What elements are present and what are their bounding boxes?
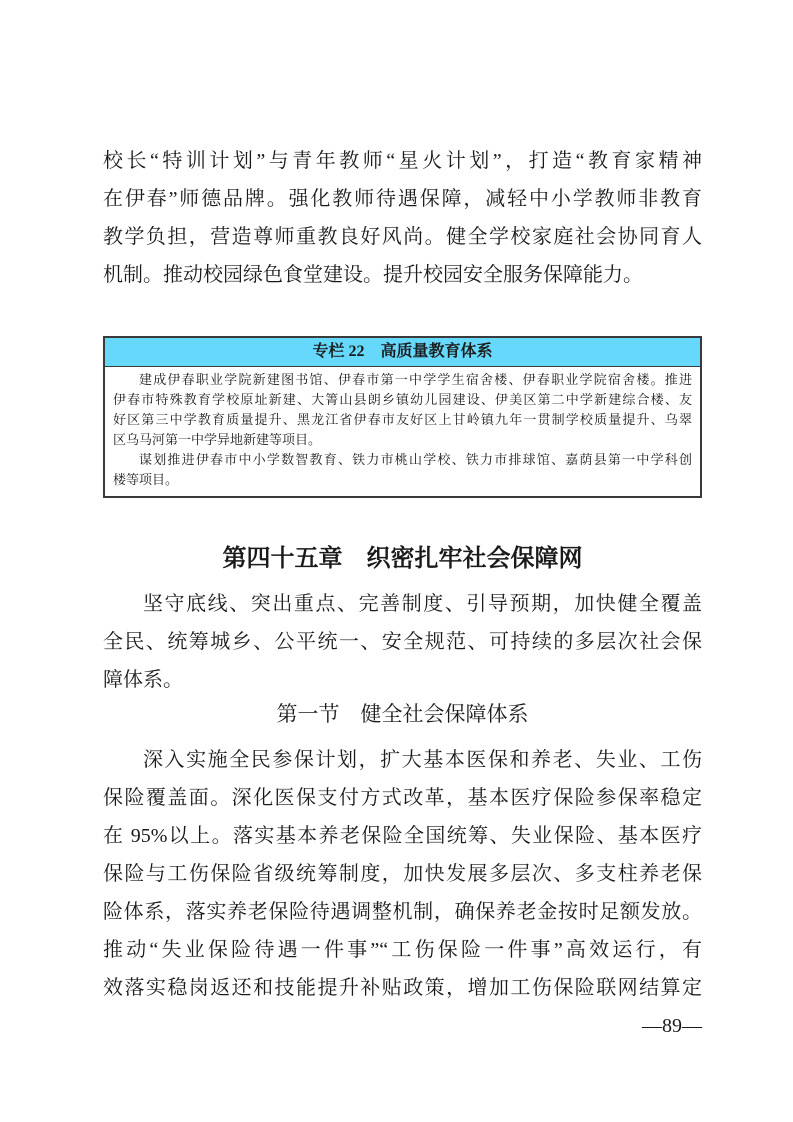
special-column-paragraph: 建成伊春职业学院新建图书馆、伊春市第一中学学生宿舍楼、伊春职业学院宿舍楼。推进 … (113, 370, 692, 450)
text-line: 深入实施全民参保计划，扩大基本医保和养老、失业、工伤 (103, 741, 702, 779)
text-line: 好区第三中学教育质量提升、黑龙江省伊春市友好区上甘岭镇九年一贯制学校质量提升、乌… (113, 410, 692, 430)
special-column-title: 专栏 22 高质量教育体系 (312, 343, 492, 360)
chapter-intro-paragraph: 坚守底线、突出重点、完善制度、引导预期，加快健全覆盖 全民、统筹城乡、公平统一、… (103, 585, 702, 699)
text-line: 谋划推进伊春市中小学数智教育、铁力市桃山学校、铁力市排球馆、嘉荫县第一中学科创 (113, 450, 692, 470)
text-line: 全民、统筹城乡、公平统一、安全规范、可持续的多层次社会保 (103, 623, 702, 661)
text-line: 区乌马河第一中学异地新建等项目。 (113, 430, 692, 450)
text-line: 楼等项目。 (113, 470, 692, 490)
special-column-header: 专栏 22 高质量教育体系 (105, 338, 700, 367)
text-line: 坚守底线、突出重点、完善制度、引导预期，加快健全覆盖 (103, 585, 702, 623)
text-line: 障体系。 (103, 661, 702, 699)
text-line: 伊春市特殊教育学校原址新建、大箐山县朗乡镇幼儿园建设、伊美区第二中学新建综合楼、… (113, 390, 692, 410)
text-line: 在伊春”师德品牌。强化教师待遇保障，减轻中小学教师非教育 (103, 180, 702, 218)
page-number: —89— (103, 1012, 702, 1040)
text-line: 效落实稳岗返还和技能提升补贴政策，增加工伤保险联网结算定 (103, 969, 702, 1007)
chapter-heading: 第四十五章 织密扎牢社会保障网 (103, 543, 702, 575)
text-line: 保险与工伤保险省级统筹制度，加快发展多层次、多支柱养老保 (103, 855, 702, 893)
special-column-box: 专栏 22 高质量教育体系 建成伊春职业学院新建图书馆、伊春市第一中学学生宿舍楼… (103, 336, 702, 498)
text-line: 校长“特训计划”与青年教师“星火计划”，打造“教育家精神 (103, 142, 702, 180)
section-body-paragraph: 深入实施全民参保计划，扩大基本医保和养老、失业、工伤 保险覆盖面。深化医保支付方… (103, 741, 702, 1007)
text-line: 保险覆盖面。深化医保支付方式改革，基本医疗保险参保率稳定 (103, 779, 702, 817)
text-line: 在 95%以上。落实基本养老保险全国统筹、失业保险、基本医疗 (103, 817, 702, 855)
text-line: 教学负担，营造尊师重教良好风尚。健全学校家庭社会协同育人 (103, 218, 702, 256)
text-line: 机制。推动校园绿色食堂建设。提升校园安全服务保障能力。 (103, 256, 702, 294)
special-column-paragraph: 谋划推进伊春市中小学数智教育、铁力市桃山学校、铁力市排球馆、嘉荫县第一中学科创 … (113, 450, 692, 490)
special-column-body: 建成伊春职业学院新建图书馆、伊春市第一中学学生宿舍楼、伊春职业学院宿舍楼。推进 … (105, 367, 700, 496)
text-line: 建成伊春职业学院新建图书馆、伊春市第一中学学生宿舍楼、伊春职业学院宿舍楼。推进 (113, 370, 692, 390)
section-heading: 第一节 健全社会保障体系 (103, 699, 702, 729)
document-page: 校长“特训计划”与青年教师“星火计划”，打造“教育家精神 在伊春”师德品牌。强化… (0, 0, 793, 1122)
text-line: 险体系，落实养老保险待遇调整机制，确保养老金按时足额发放。 (103, 893, 702, 931)
text-line: 推动“失业保险待遇一件事”“工伤保险一件事”高效运行，有 (103, 931, 702, 969)
top-paragraph: 校长“特训计划”与青年教师“星火计划”，打造“教育家精神 在伊春”师德品牌。强化… (103, 142, 702, 294)
